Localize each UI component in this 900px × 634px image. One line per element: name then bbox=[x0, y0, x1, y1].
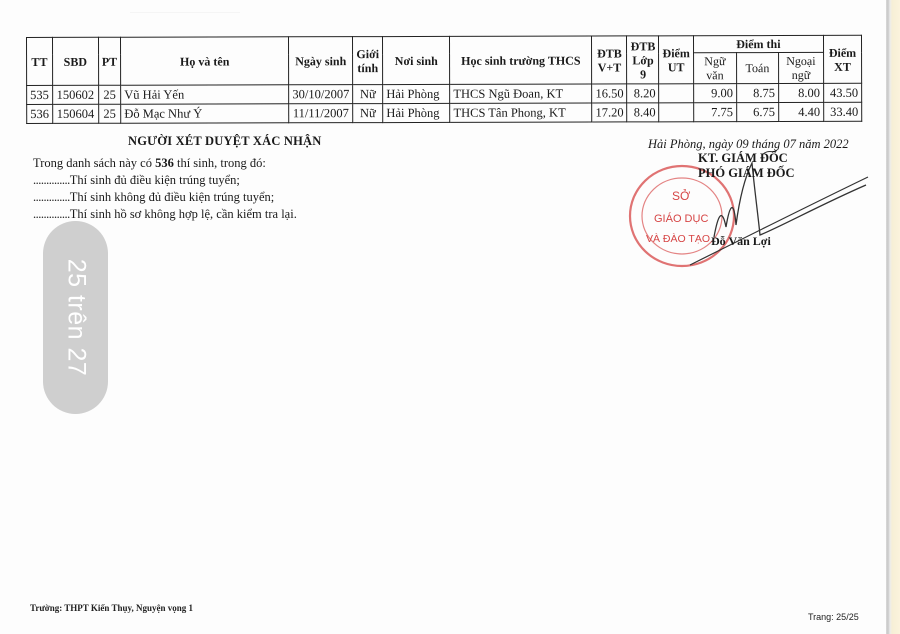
page-indicator[interactable]: 25 trên 27 bbox=[43, 221, 108, 414]
cell-school: THCS Ngũ Đoan, KT bbox=[450, 84, 592, 103]
cell-dtb-l9: 8.20 bbox=[627, 84, 659, 103]
header-dtb-vt: ĐTB V+T bbox=[592, 36, 627, 84]
cell-gender: Nữ bbox=[353, 85, 383, 104]
cell-birthplace: Hải Phòng bbox=[383, 103, 450, 122]
header-tt: TT bbox=[27, 37, 53, 85]
footer-school: Trường: THPT Kiến Thụy, Nguyện vọng 1 bbox=[30, 603, 193, 613]
signature-role-director: KT. GIÁM ĐỐC bbox=[698, 151, 788, 166]
header-foreign-line1: Ngoại bbox=[786, 54, 815, 68]
summary-total: 536 bbox=[155, 156, 174, 170]
cell-dtb-l9: 8.40 bbox=[627, 103, 659, 122]
header-dtb-l9-line2: Lớp bbox=[632, 53, 653, 67]
header-math: Toán bbox=[736, 53, 778, 84]
header-foreign-line2: ngữ bbox=[792, 68, 811, 82]
table-row: 535 150602 25 Vũ Hải Yến 30/10/2007 Nữ H… bbox=[27, 83, 862, 104]
cell-math: 6.75 bbox=[737, 103, 779, 122]
table-row: 536 150604 25 Đỗ Mạc Như Ý 11/11/2007 Nữ… bbox=[27, 102, 862, 123]
cell-xt: 43.50 bbox=[823, 83, 861, 102]
cell-math: 8.75 bbox=[736, 84, 778, 103]
cell-name: Đỗ Mạc Như Ý bbox=[121, 104, 289, 123]
header-birthplace: Nơi sinh bbox=[383, 36, 450, 84]
header-dtb-l9-line3: 9 bbox=[640, 67, 646, 81]
signature-name: Đỗ Văn Lợi bbox=[711, 234, 771, 249]
header-dtb-l9-line1: ĐTB bbox=[631, 39, 656, 53]
summary-line1-text: Thí sinh đủ điều kiện trúng tuyển; bbox=[70, 173, 240, 187]
score-table: TT SBD PT Họ và tên Ngày sinh Giới tính … bbox=[26, 35, 862, 124]
header-ut-line2: UT bbox=[668, 60, 685, 74]
header-xt: Điểm XT bbox=[823, 35, 861, 83]
summary-line2-text: Thí sinh không đủ điều kiện trúng tuyển; bbox=[70, 190, 275, 204]
header-sbd: SBD bbox=[52, 37, 98, 85]
cell-pt: 25 bbox=[98, 104, 120, 123]
page-indicator-text: 25 trên 27 bbox=[61, 259, 90, 377]
signature-date: Hải Phòng, ngày 09 tháng 07 năm 2022 bbox=[648, 137, 849, 152]
summary-line-ineligible: ..............Thí sinh không đủ điều kiệ… bbox=[33, 189, 297, 206]
cell-xt: 33.40 bbox=[824, 102, 862, 121]
cell-name: Vũ Hải Yến bbox=[121, 85, 289, 104]
confirm-title: NGƯỜI XÉT DUYỆT XÁC NHẬN bbox=[128, 134, 321, 149]
header-dtb-vt-line1: ĐTB bbox=[597, 46, 622, 60]
header-gender-line1: Giới bbox=[356, 47, 379, 61]
dots-blank: .............. bbox=[33, 207, 70, 221]
cell-foreign: 4.40 bbox=[779, 102, 824, 121]
header-literature-line2: văn bbox=[706, 68, 723, 82]
dots-blank: .............. bbox=[33, 190, 70, 204]
header-pt: PT bbox=[98, 37, 120, 85]
document-page: TT SBD PT Họ và tên Ngày sinh Giới tính … bbox=[0, 0, 886, 634]
cell-literature: 9.00 bbox=[693, 84, 736, 103]
cell-birthplace: Hải Phòng bbox=[383, 84, 450, 103]
header-ut: Điểm UT bbox=[659, 36, 693, 84]
header-dtb-vt-line2: V+T bbox=[598, 60, 622, 74]
header-gender: Giới tính bbox=[353, 37, 383, 85]
table-header-row: TT SBD PT Họ và tên Ngày sinh Giới tính … bbox=[27, 35, 862, 54]
header-xt-line2: XT bbox=[834, 59, 851, 73]
summary-block: Trong danh sách này có 536 thí sinh, tro… bbox=[33, 155, 297, 223]
header-literature-line1: Ngữ bbox=[704, 54, 725, 68]
cell-ut bbox=[659, 103, 693, 122]
header-xt-line1: Điểm bbox=[829, 45, 856, 59]
header-ut-line1: Điểm bbox=[662, 46, 689, 60]
summary-intro: Trong danh sách này có 536 thí sinh, tro… bbox=[33, 155, 297, 172]
summary-line3-text: Thí sinh hồ sơ không hợp lệ, cần kiểm tr… bbox=[70, 207, 297, 221]
cell-gender: Nữ bbox=[353, 104, 383, 123]
dots-blank: .............. bbox=[33, 173, 70, 187]
cell-literature: 7.75 bbox=[693, 103, 736, 122]
cell-ut bbox=[659, 84, 693, 103]
summary-intro-after: thí sinh, trong đó: bbox=[174, 156, 266, 170]
cell-sbd: 150602 bbox=[52, 85, 98, 104]
header-foreign: Ngoại ngữ bbox=[778, 52, 823, 83]
header-exam-group: Điểm thi bbox=[693, 35, 823, 52]
header-gender-line2: tính bbox=[357, 61, 378, 75]
header-name: Họ và tên bbox=[121, 37, 289, 85]
cell-foreign: 8.00 bbox=[778, 83, 823, 102]
header-literature: Ngữ văn bbox=[693, 53, 736, 84]
summary-intro-before: Trong danh sách này có bbox=[33, 156, 155, 170]
header-school: Học sinh trường THCS bbox=[450, 36, 592, 84]
footer-page-number: Trang: 25/25 bbox=[808, 612, 859, 622]
header-dtb-l9: ĐTB Lớp 9 bbox=[627, 36, 659, 84]
cell-dob: 11/11/2007 bbox=[289, 104, 353, 123]
header-dob: Ngày sinh bbox=[289, 37, 353, 85]
cell-tt: 535 bbox=[27, 85, 53, 104]
cell-sbd: 150604 bbox=[52, 104, 98, 123]
bleed-through-artifact bbox=[130, 0, 240, 13]
summary-line-eligible: ..............Thí sinh đủ điều kiện trún… bbox=[33, 172, 297, 189]
signature-role-deputy: PHÓ GIÁM ĐỐC bbox=[698, 166, 795, 181]
cell-pt: 25 bbox=[98, 85, 120, 104]
cell-dob: 30/10/2007 bbox=[289, 85, 353, 104]
viewer-edge bbox=[886, 0, 900, 634]
cell-dtb-vt: 16.50 bbox=[592, 84, 627, 103]
cell-dtb-vt: 17.20 bbox=[592, 103, 627, 122]
cell-tt: 536 bbox=[27, 104, 53, 123]
cell-school: THCS Tân Phong, KT bbox=[450, 103, 592, 122]
